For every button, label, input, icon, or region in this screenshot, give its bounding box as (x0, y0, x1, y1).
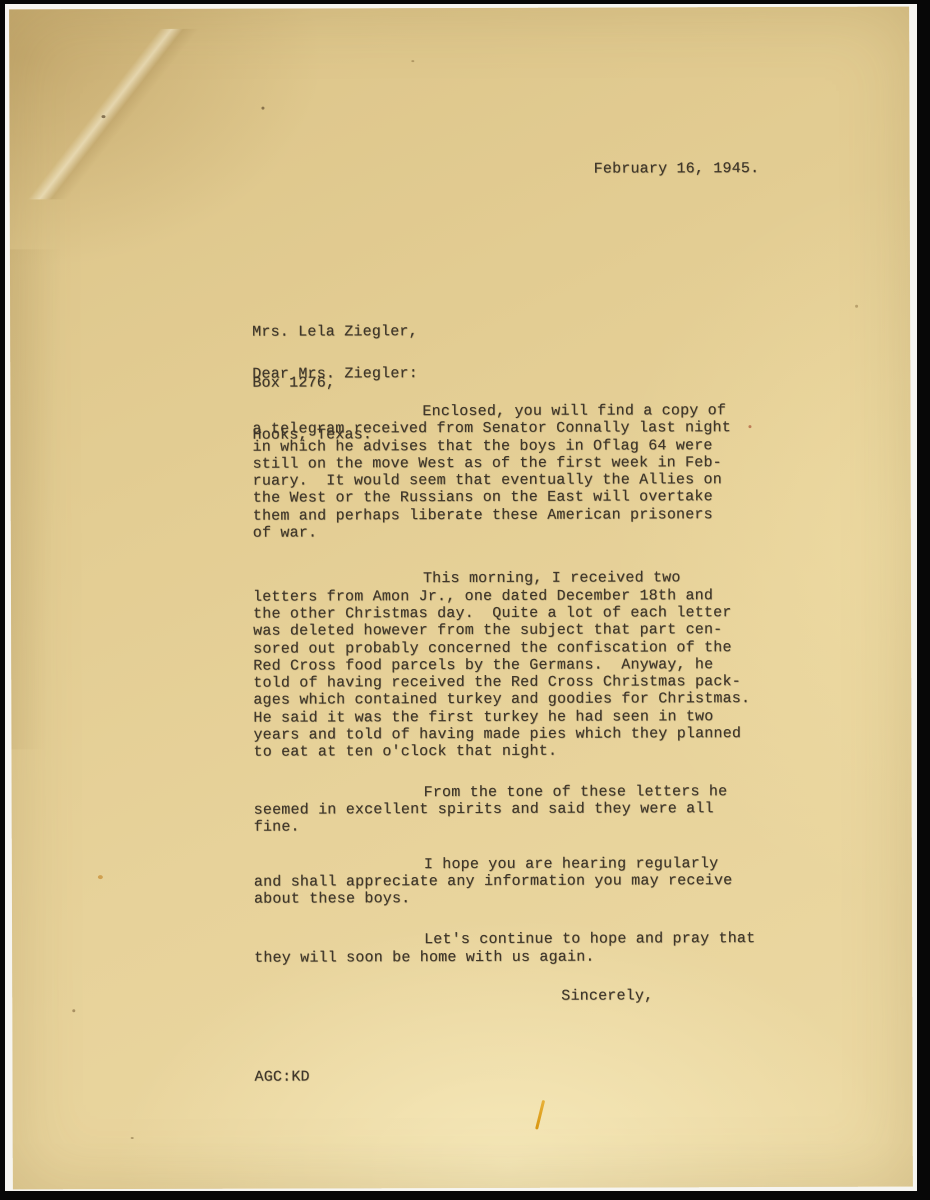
body-line: From the tone of these letters he (254, 783, 784, 802)
paper-speck (72, 1009, 75, 1012)
paragraph: I hope you are hearing regularlyand shal… (254, 855, 784, 909)
body-line: fine. (254, 817, 784, 836)
body-line: Red Cross food parcels by the Germans. A… (253, 656, 783, 675)
body-line: was deleted however from the subject tha… (253, 621, 783, 640)
body-line: This morning, I received two (253, 569, 783, 588)
body-line: they will soon be home with us again. (254, 948, 784, 967)
recipient-name: Mrs. Lela Ziegler, (252, 323, 418, 341)
reference-initials: AGC:KD (254, 1068, 309, 1085)
paragraph: Let's continue to hope and pray thatthey… (254, 930, 784, 966)
paragraph: This morning, I received twoletters from… (253, 569, 784, 761)
body-line: sored out probably concerned the confisc… (253, 639, 783, 658)
body-line: He said it was the first turkey he had s… (253, 708, 783, 727)
body-line: to eat at ten o'clock that night. (253, 742, 783, 761)
body-line: ages which contained turkey and goodies … (253, 690, 783, 709)
closing: Sincerely, (561, 987, 653, 1005)
body-line: I hope you are hearing regularly (254, 855, 784, 874)
body-line: seemed in excellent spirits and said the… (254, 800, 784, 819)
paragraph: From the tone of these letters heseemed … (254, 783, 784, 837)
salutation: Dear Mrs. Ziegler: (252, 365, 418, 383)
paper-speck (855, 305, 858, 308)
body-line: about these boys. (254, 889, 784, 908)
body-line: the West or the Russians on the East wil… (253, 488, 783, 507)
paper-shading (10, 249, 82, 749)
letter-body: Enclosed, you will find a copy ofa teleg… (252, 402, 784, 967)
body-line: the other Christmas day. Quite a lot of … (253, 604, 783, 623)
body-line: in which he advises that the boys in Ofl… (252, 437, 782, 456)
paper-speck (131, 1137, 134, 1139)
body-line: Enclosed, you will find a copy of (252, 402, 782, 421)
body-line: and shall appreciate any information you… (254, 872, 784, 891)
scanned-letter-page: February 16, 1945. Mrs. Lela Ziegler, Bo… (0, 0, 930, 1200)
paper-speck (98, 875, 103, 879)
body-line: still on the move West as of the first w… (253, 454, 783, 473)
paper-speck (101, 115, 105, 118)
paper-fiber (535, 1100, 545, 1130)
body-line: Let's continue to hope and pray that (254, 930, 784, 949)
paper-crease (0, 29, 240, 200)
body-line: years and told of having made pies which… (253, 725, 783, 744)
paper-speck (411, 60, 414, 62)
body-line: a telegram received from Senator Connall… (252, 419, 782, 438)
body-line: of war. (253, 523, 783, 542)
paper-speck (261, 107, 264, 110)
body-line: letters from Amon Jr., one dated Decembe… (253, 587, 783, 606)
letter-date: February 16, 1945. (594, 160, 760, 178)
paragraph: Enclosed, you will find a copy ofa teleg… (252, 402, 782, 542)
letter-paper: February 16, 1945. Mrs. Lela Ziegler, Bo… (9, 7, 913, 1190)
body-line: them and perhaps liberate these American… (253, 506, 783, 525)
